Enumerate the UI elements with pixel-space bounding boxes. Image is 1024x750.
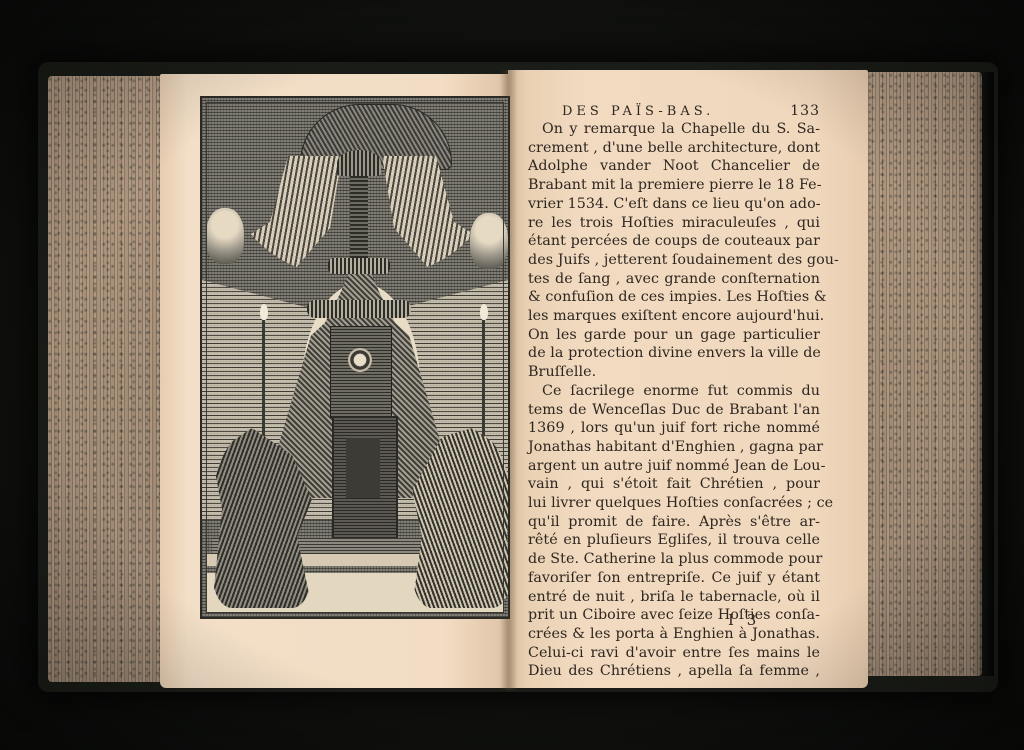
text-line: crées & les porta à Enghien à Jonathas.	[528, 625, 820, 644]
right-fore-edge	[862, 72, 982, 676]
signature-mark: I 3	[728, 611, 760, 629]
text-line: de la protection divine envers la ville …	[528, 344, 820, 363]
left-cherub	[206, 208, 244, 264]
text-line: crement , d'une belle architecture, dont	[528, 139, 820, 158]
text-line: qu'il promit de faire. Après s'être ar-	[528, 513, 820, 532]
text-line: Bruſſelle.	[528, 363, 820, 382]
text-line: & confuſion de ces impies. Les Hoſties &	[528, 288, 820, 307]
text-line: On les garde pour un gage particulier	[528, 326, 820, 345]
text-line: tems de Wenceſlas Duc de Brabant l'an	[528, 401, 820, 420]
text-line: 1369 , lors qu'un juif fort riche nommé	[528, 419, 820, 438]
altar-pedestal	[332, 416, 398, 540]
text-line: entré de nuit , briſa le tabernacle, où …	[528, 588, 820, 607]
photo-scene: DES PAÏS-BAS. 133 On y remarque la Chape…	[0, 0, 1024, 750]
text-line: prit un Ciboire avec ſeize Hoſties conſa…	[528, 606, 820, 625]
text-line: re les trois Hoſties miraculeuſes , qui	[528, 214, 820, 233]
right-cherub	[470, 213, 508, 269]
text-line: Ce ſacrilege enorme fut commis du	[528, 382, 820, 401]
right-candle	[482, 318, 485, 438]
text-line: favoriſer ſon entrepriſe. Ce juif y étan…	[528, 569, 820, 588]
text-line: Brabant mit la premiere pierre le 18 Fe-	[528, 176, 820, 195]
text-line: étant percées de coups de couteaux par	[528, 232, 820, 251]
text-line: des Juifs , jetterent ſoudainement des g…	[528, 251, 820, 270]
text-line: Jonathas habitant d'Enghien , gagna par	[528, 438, 820, 457]
text-line: lui livrer quelques Hoſties conſacrées ;…	[528, 494, 820, 513]
text-line: argent un autre juif nommé Jean de Lou-	[528, 457, 820, 476]
text-line: tes de ſang , avec grande conſternation	[528, 270, 820, 289]
page-number: 133	[790, 103, 820, 120]
running-head: DES PAÏS-BAS. 133	[528, 103, 820, 120]
text-line: vrier 1534. C'eſt dans ce lieu qu'on ado…	[528, 195, 820, 214]
text-line: On y remarque la Chapelle du S. Sa-	[528, 120, 820, 139]
monstrance-icon	[348, 348, 372, 372]
text-line: Adolphe vander Noot Chancelier de	[528, 157, 820, 176]
left-fore-edge	[48, 76, 164, 682]
left-flame-icon	[260, 304, 268, 320]
text-line: rêté en pluſieurs Egliſes, il trouva cel…	[528, 531, 820, 550]
text-line: Dieu des Chrétiens , apella ſa femme ,	[528, 662, 820, 681]
text-line: de Ste. Catherine la plus commode pour	[528, 550, 820, 569]
gothic-shrine	[330, 326, 392, 418]
text-line: Celui-ci ravi d'avoir entre ſes mains le	[528, 644, 820, 663]
upper-crown-ring	[328, 258, 390, 274]
pedestal-panel	[346, 438, 380, 498]
text-line: vain , qui s'étoit fait Chrétien , pour	[528, 475, 820, 494]
left-candle	[262, 318, 265, 438]
right-flame-icon	[480, 304, 488, 320]
lower-crown-ring	[307, 300, 411, 318]
text-line: les marques exiſtent encore aujourd'hui.	[528, 307, 820, 326]
page-text: DES PAÏS-BAS. 133 On y remarque la Chape…	[528, 103, 820, 681]
crown-icon	[337, 150, 381, 176]
engraving-plate	[200, 96, 510, 619]
running-head-title: DES PAÏS-BAS.	[562, 103, 714, 120]
